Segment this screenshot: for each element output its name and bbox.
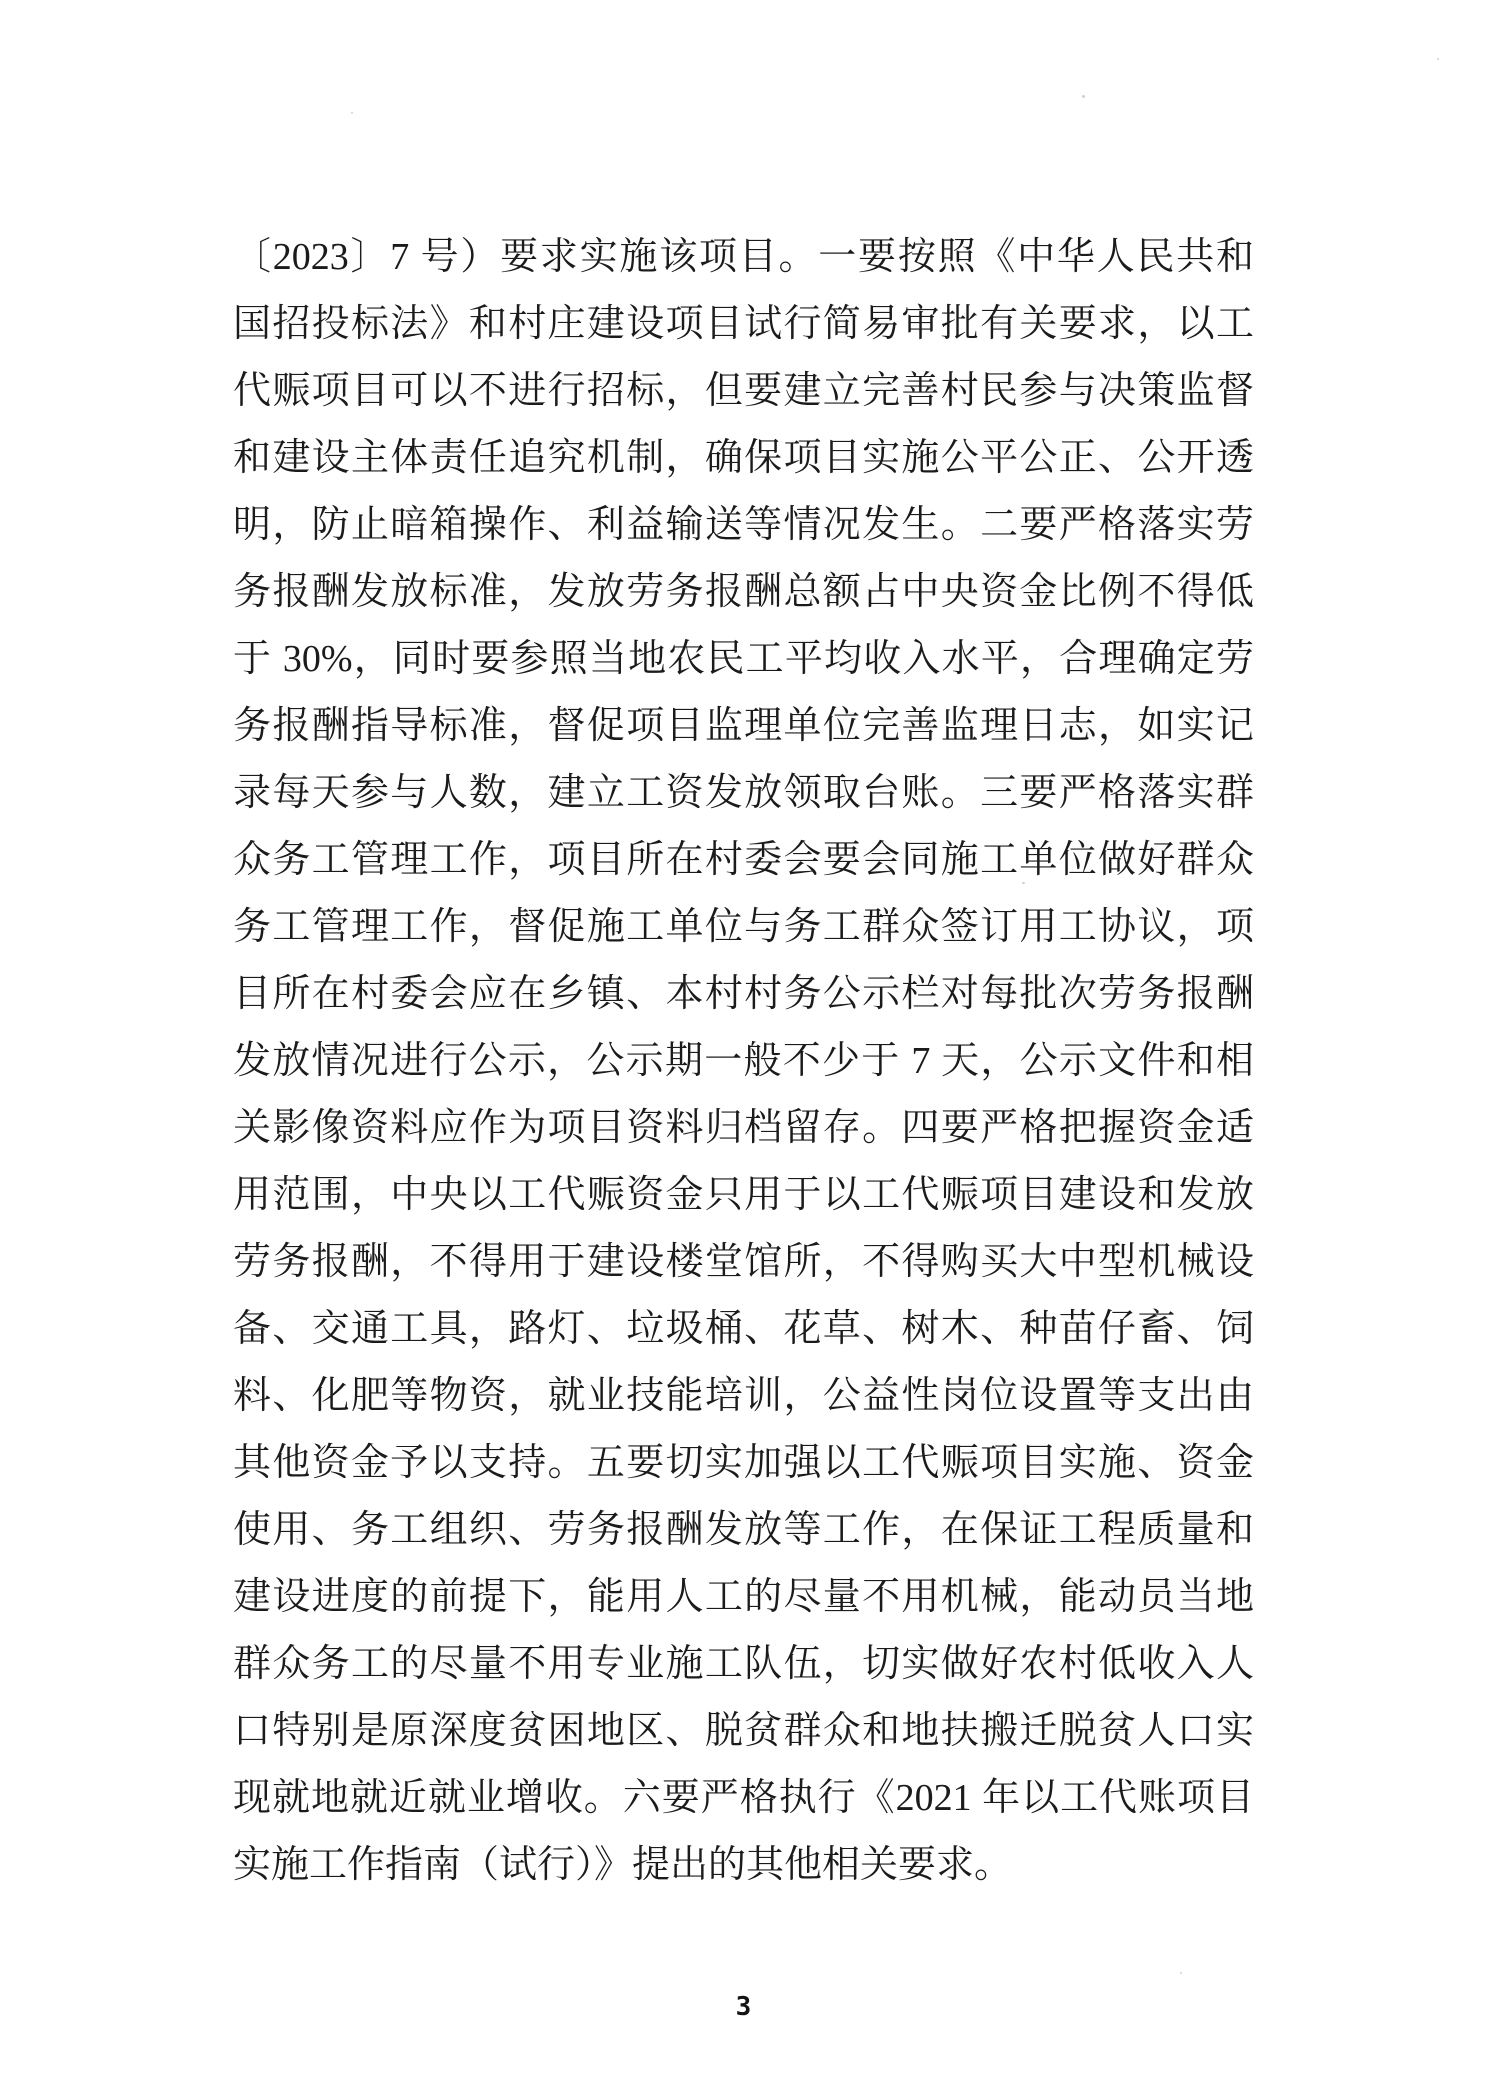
text-line: 口特别是原深度贫困地区、脱贫群众和地扶搬迁脱贫人口实 — [233, 1698, 1254, 1765]
text-line: 现就地就近就业增收。六要严格执行《2021 年以工代账项目 — [233, 1765, 1254, 1832]
text-line: 劳务报酬，不得用于建设楼堂馆所，不得购买大中型机械设 — [233, 1229, 1254, 1296]
text-line: 务报酬发放标准，发放劳务报酬总额占中央资金比例不得低 — [233, 559, 1254, 626]
scan-speck — [1180, 1972, 1182, 1974]
text-line: 和建设主体责任追究机制，确保项目实施公平公正、公开透 — [233, 425, 1254, 492]
scan-speck — [296, 1538, 298, 1540]
document-page: 〔2023〕7 号）要求实施该项目。一要按照《中华人民共和 国招投标法》和村庄建… — [0, 0, 1487, 2080]
text-line: 发放情况进行公示，公示期一般不少于 7 天，公示文件和相 — [233, 1028, 1254, 1095]
text-line: 实施工作指南（试行）》提出的其他相关要求。 — [233, 1832, 1254, 1899]
body-text: 〔2023〕7 号）要求实施该项目。一要按照《中华人民共和 国招投标法》和村庄建… — [233, 224, 1254, 1899]
text-line: 众务工管理工作，项目所在村委会要会同施工单位做好群众 — [233, 827, 1254, 894]
scan-speck — [1082, 95, 1085, 98]
scan-speck — [351, 112, 353, 114]
scan-speck — [1437, 58, 1439, 60]
text-line: 建设进度的前提下，能用人工的尽量不用机械，能动员当地 — [233, 1564, 1254, 1631]
text-line: 使用、务工组织、劳务报酬发放等工作，在保证工程质量和 — [233, 1497, 1254, 1564]
page-number: 3 — [0, 1992, 1487, 2022]
text-line: 其他资金予以支持。五要切实加强以工代赈项目实施、资金 — [233, 1430, 1254, 1497]
text-line: 明，防止暗箱操作、利益输送等情况发生。二要严格落实劳 — [233, 492, 1254, 559]
text-line: 录每天参与人数，建立工资发放领取台账。三要严格落实群 — [233, 760, 1254, 827]
text-line: 目所在村委会应在乡镇、本村村务公示栏对每批次劳务报酬 — [233, 961, 1254, 1028]
text-line: 务工管理工作，督促施工单位与务工群众签订用工协议，项 — [233, 894, 1254, 961]
text-line: 〔2023〕7 号）要求实施该项目。一要按照《中华人民共和 — [233, 224, 1254, 291]
text-line: 国招投标法》和村庄建设项目试行简易审批有关要求，以工 — [233, 291, 1254, 358]
text-line: 务报酬指导标准，督促项目监理单位完善监理日志，如实记 — [233, 693, 1254, 760]
text-line: 关影像资料应作为项目资料归档留存。四要严格把握资金适 — [233, 1095, 1254, 1162]
text-line: 群众务工的尽量不用专业施工队伍，切实做好农村低收入人 — [233, 1631, 1254, 1698]
text-line: 于 30%，同时要参照当地农民工平均收入水平，合理确定劳 — [233, 626, 1254, 693]
text-line: 用范围，中央以工代赈资金只用于以工代赈项目建设和发放 — [233, 1162, 1254, 1229]
scan-speck — [1022, 882, 1025, 884]
text-line: 料、化肥等物资，就业技能培训，公益性岗位设置等支出由 — [233, 1363, 1254, 1430]
text-line: 备、交通工具，路灯、垃圾桶、花草、树木、种苗仔畜、饲 — [233, 1296, 1254, 1363]
text-line: 代赈项目可以不进行招标，但要建立完善村民参与决策监督 — [233, 358, 1254, 425]
